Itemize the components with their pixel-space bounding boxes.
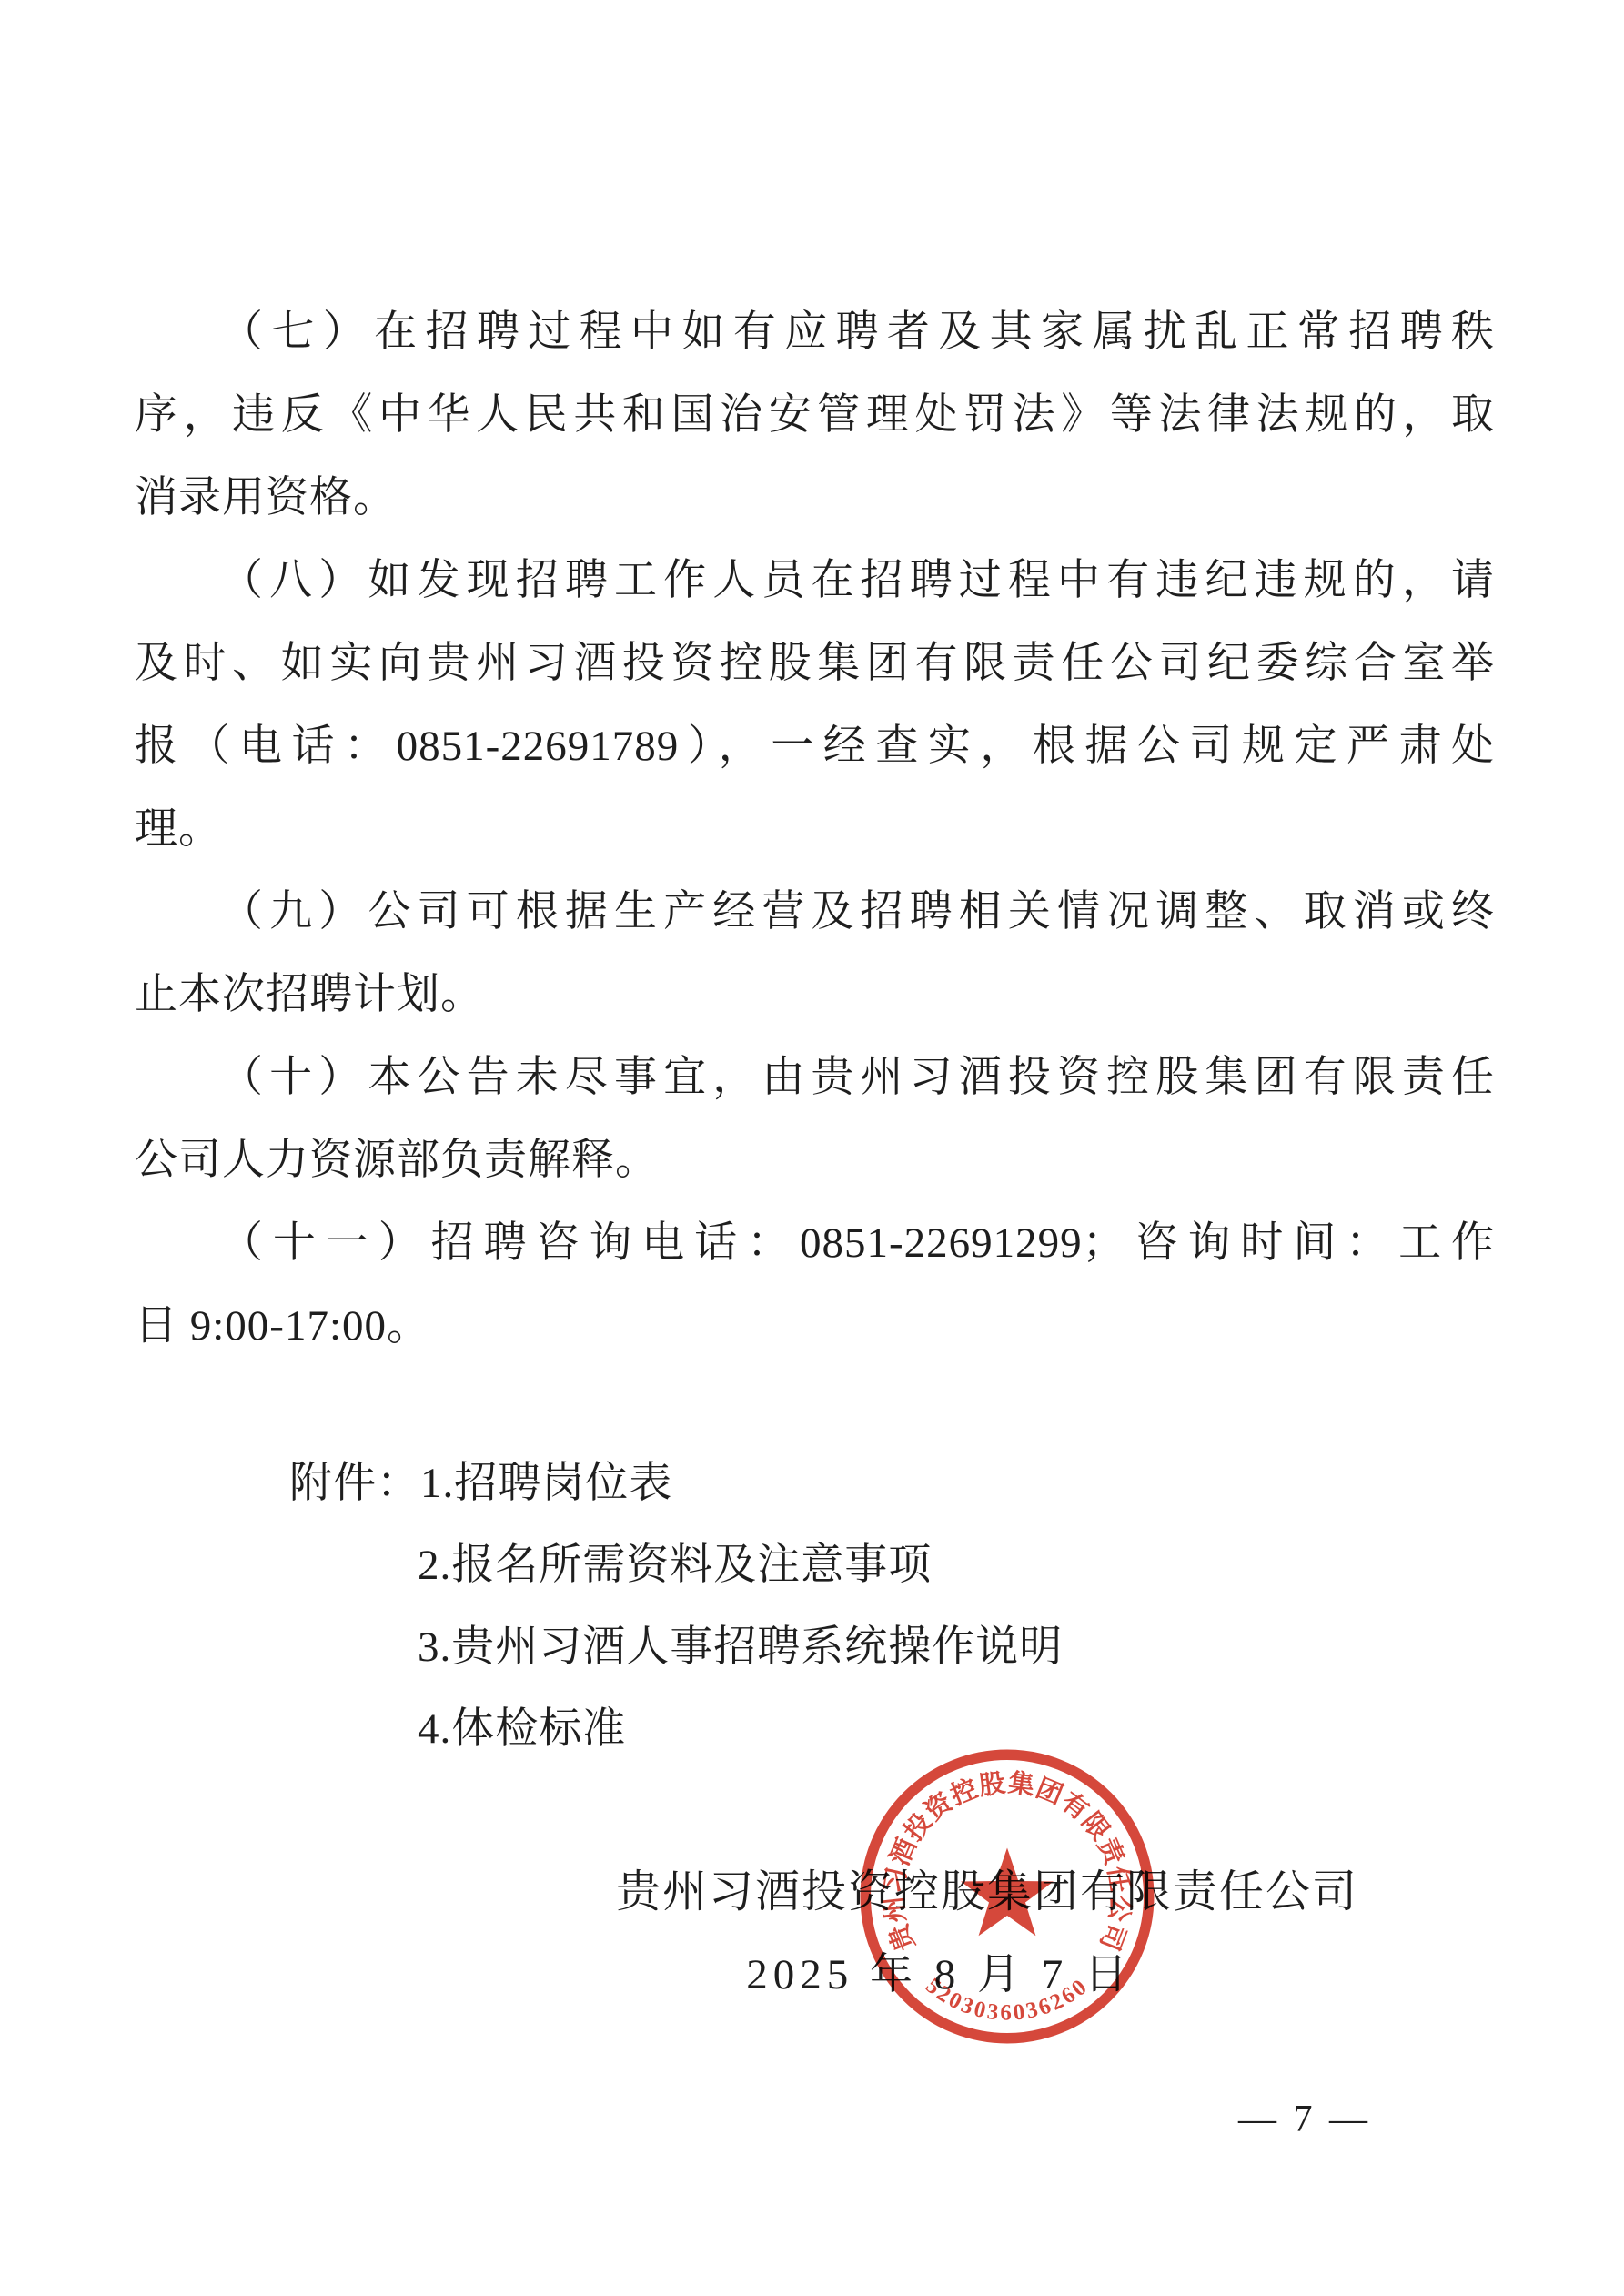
body-line: （八）如发现招聘工作人员在招聘过程中有违纪违规的，请 [135,540,1495,622]
seal-star-icon [961,1847,1054,1936]
body-line: （十）本公告未尽事宜，由贵州习酒投资控股集团有限责任 [135,1037,1495,1119]
seal-number: 5203036036260 [921,1974,1093,2026]
body-line: （十一）招聘咨询电话：0851-22691299；咨询时间：工作 [135,1202,1495,1285]
body-line: 序，违反《中华人民共和国治安管理处罚法》等法律法规的，取 [135,374,1495,457]
attachments-first-line: 附件：1.招聘岗位表 [289,1442,1063,1524]
attachment-item: 3.贵州习酒人事招聘系统操作说明 [289,1606,1063,1688]
body-line: 报（电话：0851-22691789），一经查实，根据公司规定严肃处 [135,705,1495,788]
document-page: （七）在招聘过程中如有应聘者及其家属扰乱正常招聘秩序，违反《中华人民共和国治安管… [0,0,1624,2296]
document-body: （七）在招聘过程中如有应聘者及其家属扰乱正常招聘秩序，违反《中华人民共和国治安管… [135,291,1495,1368]
body-line: （九）公司可根据生产经营及招聘相关情况调整、取消或终 [135,871,1495,954]
body-line: 消录用资格。 [135,457,1495,540]
body-line: 日 9:00-17:00。 [135,1285,1495,1368]
body-line: （七）在招聘过程中如有应聘者及其家属扰乱正常招聘秩 [135,291,1495,374]
body-line: 理。 [135,788,1495,871]
body-line: 及时、如实向贵州习酒投资控股集团有限责任公司纪委综合室举 [135,622,1495,705]
attachment-item: 2.报名所需资料及注意事项 [289,1524,1063,1606]
attachments-label: 附件： [289,1460,420,1507]
body-line: 公司人力资源部负责解释。 [135,1119,1495,1202]
body-line: 止本次招聘计划。 [135,954,1495,1037]
attachment-item: 1.招聘岗位表 [420,1460,672,1507]
page-number: — 7 — [1238,2098,1371,2141]
attachments-block: 附件：1.招聘岗位表2.报名所需资料及注意事项3.贵州习酒人事招聘系统操作说明4… [289,1442,1063,1770]
official-seal: 贵州习酒投资控股集团有限责任公司 5203036036260 [851,1740,1164,2053]
